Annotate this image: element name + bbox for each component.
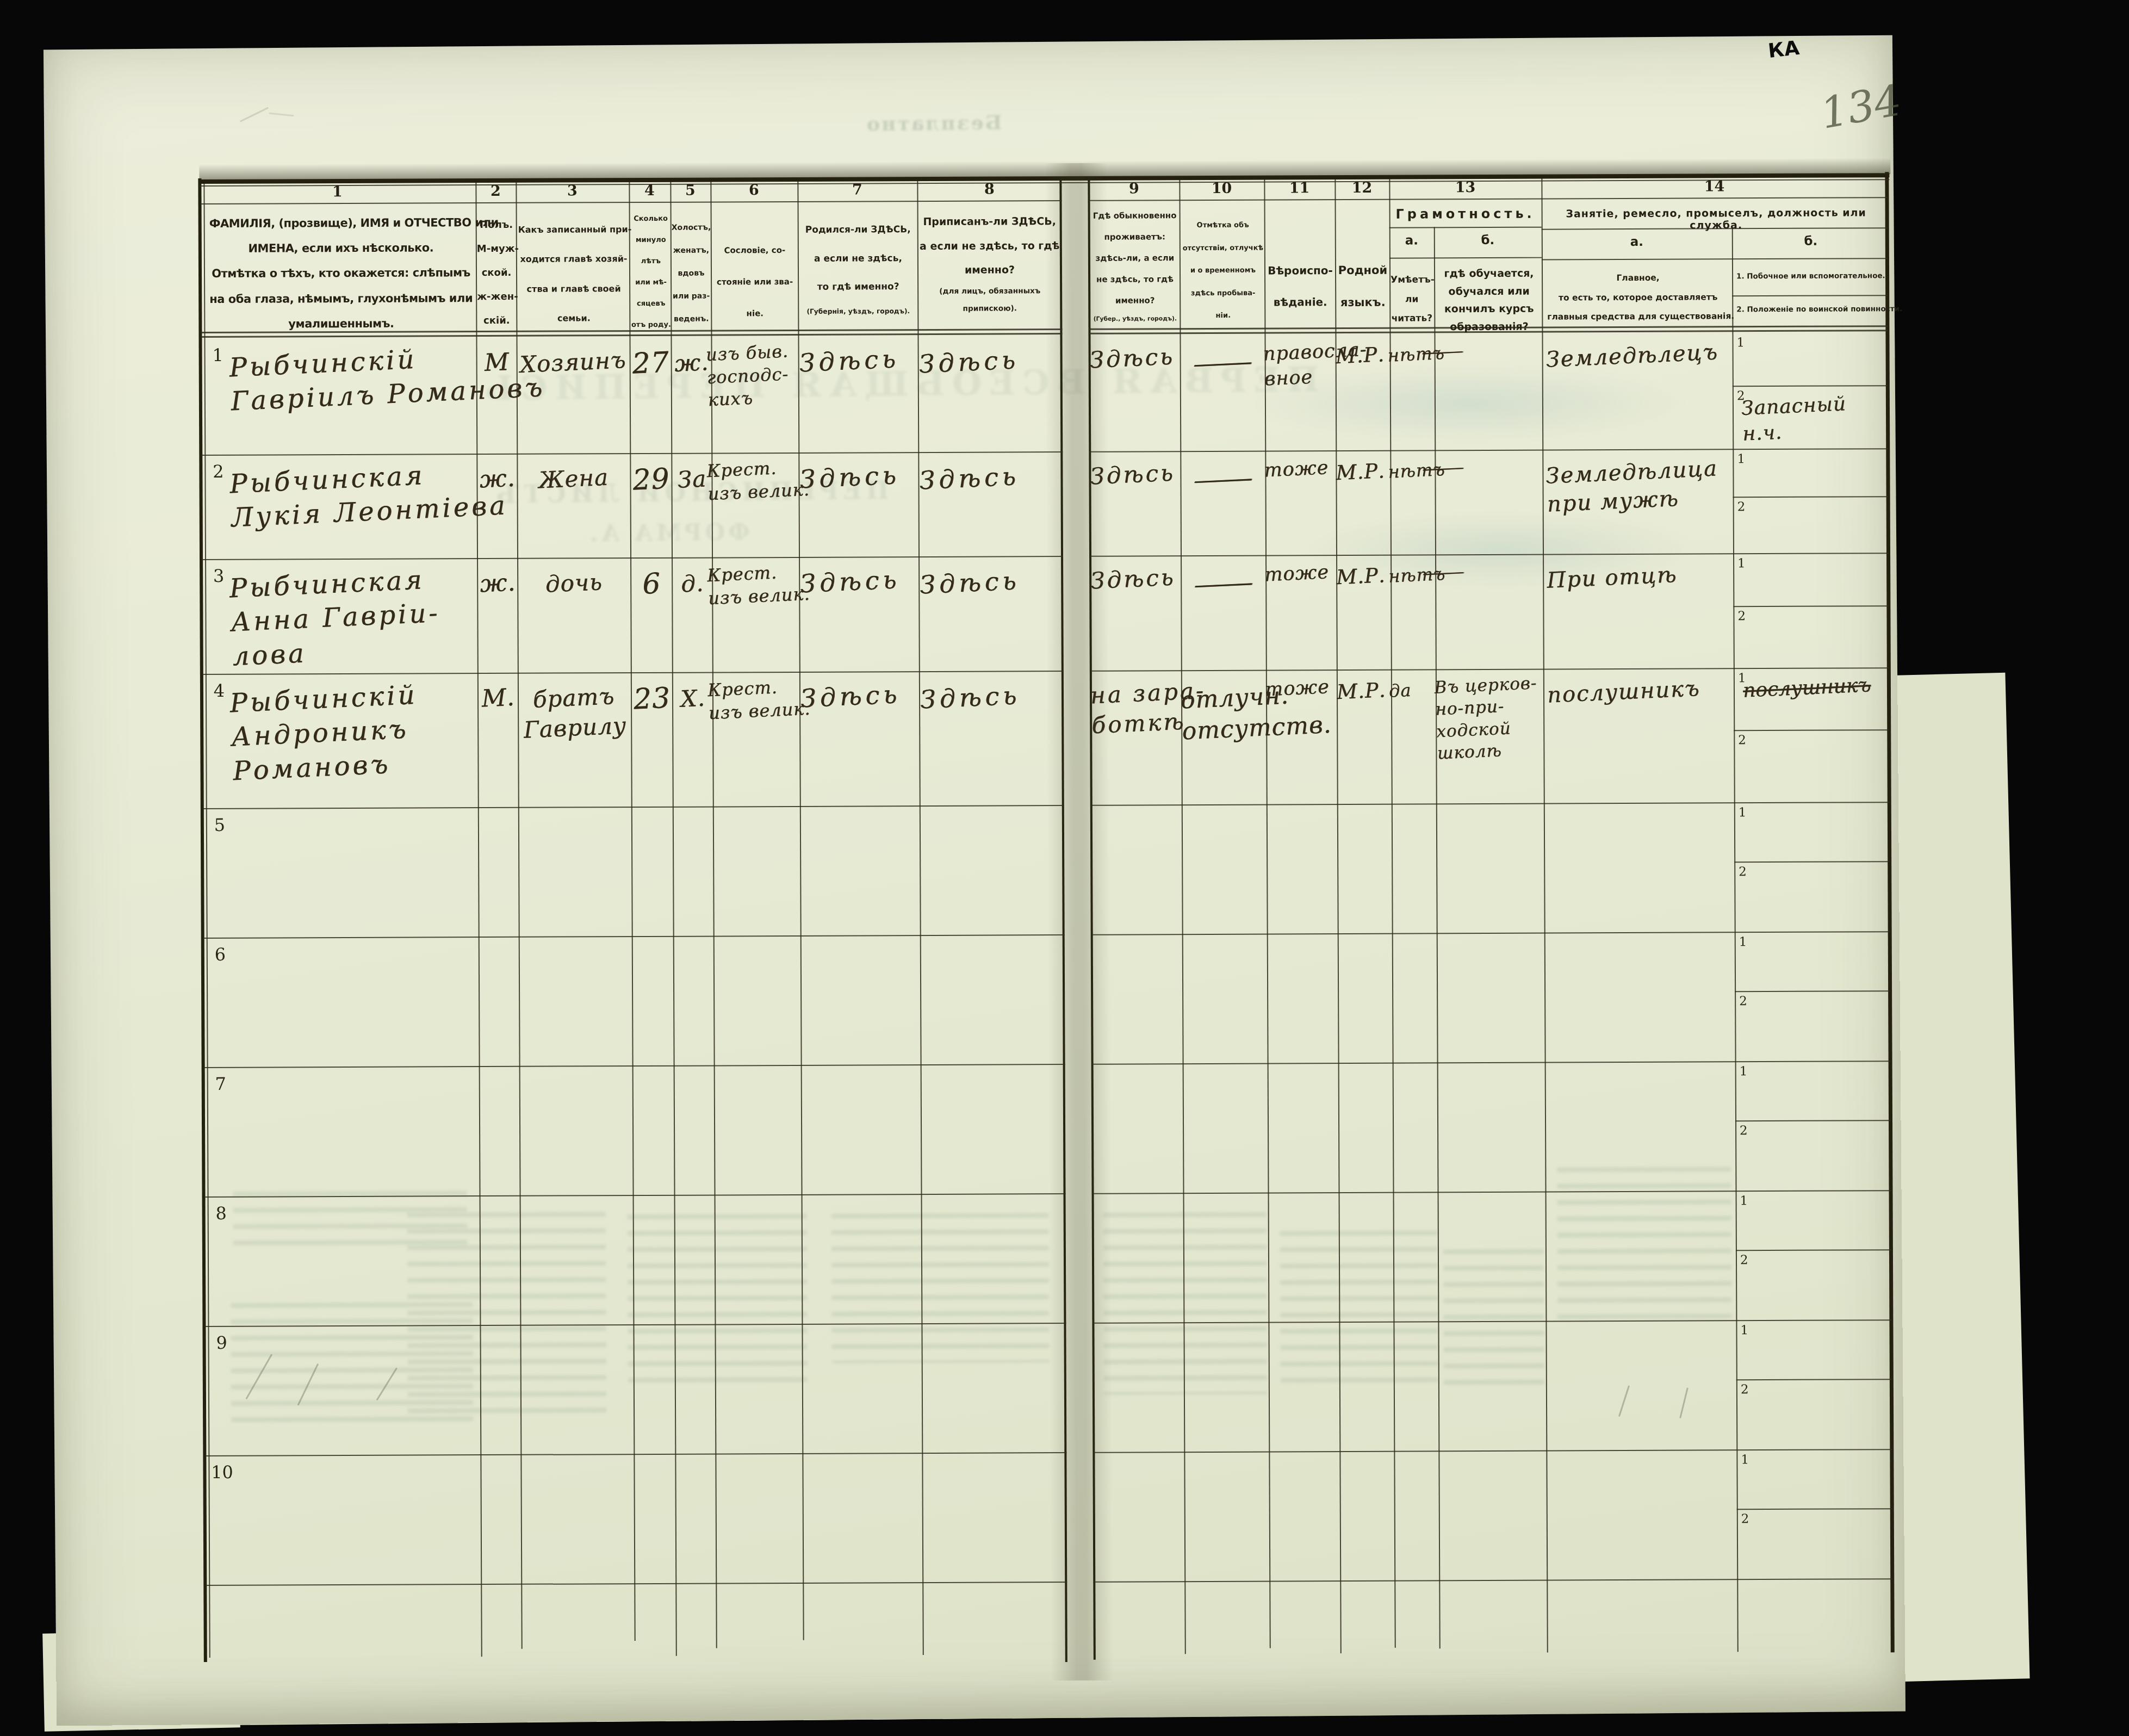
- subcell-label-1: 1: [1741, 1453, 1749, 1467]
- pencil-stroke: [240, 107, 269, 122]
- row-1-relation: Хозяинъ: [515, 345, 631, 380]
- literacy-title: Грамотность.: [1389, 206, 1542, 222]
- row-1-military-status: Запасныйн.ч.: [1741, 390, 1890, 448]
- grid-line-vertical: [198, 178, 207, 1662]
- header-col6: Сословіе, со-стояніе или зва-ніе.: [712, 235, 798, 330]
- subcell-label-2: 2: [1740, 1124, 1748, 1138]
- side-subcell-divider: [1736, 1379, 1892, 1380]
- pencil-stroke: [1679, 1387, 1689, 1418]
- literacy-underline: [1389, 227, 1542, 228]
- row-number-9: 9: [209, 1332, 234, 1353]
- subcell-label-2: 2: [1741, 1512, 1749, 1526]
- grid-line-horizontal: [1094, 1578, 1892, 1583]
- side-subcell-divider: [1735, 990, 1890, 992]
- occupation-title: Занятіе, ремесло, промыселъ, должность и…: [1545, 207, 1887, 232]
- grid-line-horizontal: [1093, 1190, 1891, 1194]
- column-number-7: 7: [797, 181, 917, 199]
- row-1-estate: изъ быв.господс-кихъ: [705, 339, 805, 412]
- row-1-occupation: Земледѣлецъ: [1545, 337, 1734, 374]
- subcell-label-1: 1: [1740, 1064, 1748, 1078]
- row-3-estate: Крест.изъ велик.: [706, 560, 805, 610]
- row-4-side-occupation: послушникъ: [1742, 672, 1890, 704]
- grid-line-horizontal: [202, 671, 1064, 675]
- subcell-label-2: 2: [1739, 865, 1747, 879]
- showthrough-stamp: Безплатно: [865, 111, 1002, 136]
- column-number-4: 4: [629, 182, 670, 199]
- showthrough-paragraph: [1280, 1230, 1438, 1394]
- row-2-language: М.Р.: [1335, 458, 1392, 487]
- row-2-born: Здѣсь: [799, 458, 918, 497]
- grid-line-horizontal: [1093, 1061, 1891, 1065]
- column-number-13: 13: [1389, 179, 1541, 196]
- row-4-absence: отлучн.отсутств.: [1180, 681, 1269, 747]
- showthrough-paragraph: [628, 1214, 808, 1394]
- row-4-reads: да: [1388, 678, 1439, 703]
- header-col11: Вѣроиспо-вѣданіе.: [1265, 255, 1335, 318]
- row-2-relation: Жена: [515, 462, 631, 497]
- row-4-age: 23: [630, 680, 674, 718]
- center-fold-shadow: [1045, 163, 1113, 1681]
- subcell-label-1: 1: [1737, 452, 1745, 466]
- column-number-1: 1: [199, 183, 475, 201]
- row-2-religion: тоже: [1263, 455, 1342, 483]
- showthrough-paragraph: [831, 1213, 1050, 1363]
- subcell-label-1: 1: [1740, 1194, 1748, 1208]
- row-4-occupation: послушникъ: [1547, 673, 1735, 710]
- corner-print-mark: КА: [1767, 37, 1800, 63]
- grid-line-horizontal: [1090, 448, 1888, 452]
- row-number-5: 5: [207, 815, 232, 835]
- grid-line-horizontal: [1091, 802, 1890, 806]
- subcell-label-1: 1: [1739, 805, 1747, 820]
- row-2-sex: ж.: [477, 462, 518, 495]
- column-number-12: 12: [1334, 179, 1389, 196]
- header-col7: Родился-ли ЗДѢСЬ,а если не здѣсь,то гдѣ …: [800, 215, 917, 323]
- subcell-label-2: 2: [1741, 1382, 1749, 1397]
- grid-line-horizontal: [1094, 1449, 1892, 1453]
- occupation-side-item2: 2. Положеніе по воинской повинности.: [1736, 305, 1888, 314]
- table-rows: 112РыбчинскійГавріилъ РомановъМХозяинъ27…: [0, 0, 2126, 4]
- grid-line-vertical: [1732, 228, 1739, 1652]
- row-4-school: Въ церков-но-при-ходскойшколѣ: [1434, 672, 1548, 764]
- row-number-10: 10: [209, 1462, 234, 1483]
- grid-line-horizontal: [203, 934, 1065, 939]
- row-1-school: —: [1434, 336, 1545, 363]
- side-subcell-divider: [1737, 1508, 1892, 1510]
- side-subcell-divider: [1736, 1249, 1891, 1251]
- scan-stage: Безплатно ПЕРВАЯ ВСЕОБЩАЯ ПЕРЕПИСЬ ПЕРЕП…: [0, 0, 2129, 1736]
- row-3-registered: Здѣсь: [919, 563, 1063, 602]
- subcell-label-2: 2: [1739, 994, 1747, 1008]
- row-4-estate: Крест.изъ велик.: [707, 675, 806, 724]
- side-subcell-divider: [1733, 496, 1889, 498]
- showthrough-paragraph: [407, 1212, 606, 1416]
- column-number-14: 14: [1541, 177, 1887, 195]
- grid-line-horizontal: [201, 451, 1063, 456]
- row-2-name: РыбчинскаяЛукія Леонтіева: [229, 456, 479, 535]
- grid-line-horizontal: [203, 805, 1064, 809]
- row-3-age: 6: [630, 565, 674, 604]
- row-3-name: РыбчинскаяАнна Гавріи-лова: [228, 561, 480, 674]
- subcell-label-1: 1: [1740, 1323, 1748, 1337]
- subcell-label-1: 1: [1736, 336, 1745, 350]
- row-4-religion: тоже: [1264, 674, 1343, 703]
- row-3-religion: тоже: [1264, 560, 1342, 588]
- grid-line-horizontal: [1091, 667, 1889, 672]
- row-4-name: РыбчинскійАндроникъРомановъ: [229, 675, 481, 789]
- occupation-b-divider: [1732, 295, 1888, 296]
- table-header: 1234567891011121314ФАМИЛІЯ, (прозвище), …: [0, 0, 2126, 4]
- row-2-school: —: [1435, 452, 1545, 479]
- column-number-3: 3: [516, 182, 629, 200]
- side-subcell-divider: [1734, 729, 1889, 731]
- showthrough-paragraph: [1443, 1249, 1544, 1388]
- grid-line-horizontal: [206, 1582, 1067, 1586]
- column-number-6: 6: [710, 182, 797, 199]
- column-number-2: 2: [475, 183, 516, 200]
- table-grid: [0, 0, 2126, 4]
- occupation-side-item1: 1. Побочное или вспомогательное.: [1736, 271, 1888, 281]
- pencil-stroke: [269, 113, 294, 117]
- row-2-absence: —: [1180, 462, 1267, 497]
- header-col8: Приписанъ-ли ЗДѢСЬ,а если не здѣсь, то г…: [918, 209, 1062, 318]
- row-2-registered: Здѣсь: [918, 458, 1062, 498]
- grid-line-horizontal: [202, 556, 1063, 560]
- row-4-sex: М.: [478, 681, 519, 714]
- header-col3: Какъ записанный при-ходится главѣ хозяй-…: [518, 215, 630, 333]
- showthrough-title3: ФОРМА А.: [587, 518, 750, 547]
- column-number-5: 5: [670, 182, 710, 199]
- grid-line-horizontal: [201, 200, 1062, 204]
- header-literacy-b: гдѣ обучается,обучался иликончилъ курсъо…: [1437, 265, 1541, 336]
- sheet-number-pencil: 134: [1817, 76, 1905, 139]
- row-2-estate: Крест.изъ велик.: [706, 456, 805, 505]
- column-number-8: 8: [917, 181, 1062, 198]
- side-subcell-divider: [1733, 385, 1888, 387]
- literacy-ab-underline: [1389, 257, 1542, 259]
- header-col2: Полъ.М-муж-ской.ж-жен-скій.: [477, 213, 517, 333]
- subcell-label-2: 2: [1737, 609, 1746, 623]
- literacy-a-label: а.: [1389, 233, 1434, 247]
- row-3-sex: ж.: [477, 567, 518, 599]
- pencil-stroke: [1618, 1385, 1630, 1417]
- row-1-born: Здѣсь: [798, 342, 917, 380]
- row-number-1: 1: [206, 345, 231, 365]
- row-number-6: 6: [208, 944, 233, 965]
- row-2-age: 29: [629, 461, 673, 499]
- row-1-language: М.Р.: [1335, 342, 1392, 370]
- occupation-b-label: б.: [1732, 234, 1890, 249]
- subcell-label-2: 2: [1740, 1253, 1748, 1267]
- occupation-a-label: а.: [1542, 234, 1732, 249]
- row-1-sex: М: [476, 346, 517, 379]
- row-4-registered: Здѣсь: [920, 678, 1063, 717]
- row-4-language: М.Р.: [1336, 677, 1393, 706]
- row-3-language: М.Р.: [1336, 562, 1392, 591]
- occupation-ab-underline: [1542, 258, 1888, 260]
- header-col10: Отмѣтка объотсутствіи, отлучкѣи о времен…: [1182, 214, 1265, 328]
- subcell-label-1: 1: [1739, 935, 1747, 949]
- side-subcell-divider: [1734, 861, 1890, 863]
- grid-line-horizontal: [1089, 197, 1888, 201]
- row-1-name: РыбчинскійГавріилъ Романовъ: [228, 340, 479, 419]
- row-number-4: 4: [207, 680, 232, 701]
- row-1-age: 27: [629, 344, 673, 383]
- row-number-8: 8: [209, 1203, 234, 1224]
- side-subcell-divider: [1735, 1120, 1891, 1121]
- row-number-2: 2: [206, 461, 231, 482]
- census-form: Безплатно ПЕРВАЯ ВСЕОБЩАЯ ПЕРЕПИСЬ ПЕРЕП…: [0, 0, 2129, 1736]
- row-number-7: 7: [208, 1074, 233, 1094]
- row-number-3: 3: [206, 566, 231, 586]
- row-3-absence: —: [1180, 566, 1267, 601]
- subcell-label-2: 2: [1738, 733, 1746, 747]
- row-1-religion: правосла-вное: [1263, 339, 1342, 392]
- header-col4: Сколькоминулолѣтъили мѣ-сяцевъотъ роду.: [630, 208, 672, 336]
- grid-line-horizontal: [204, 1064, 1065, 1068]
- showthrough-paragraph: [1103, 1212, 1267, 1395]
- row-3-relation: дочь: [516, 566, 632, 601]
- header-col1: ФАМИЛІЯ, (прозвище), ИМЯ и ОТЧЕСТВО илиИ…: [209, 210, 473, 337]
- literacy-b-label: б.: [1434, 233, 1542, 248]
- subcell-label-2: 2: [1737, 500, 1746, 514]
- row-3-born: Здѣсь: [799, 563, 918, 601]
- header-literacy-a: Умѣетъ-личитать?: [1391, 270, 1433, 328]
- row-1-registered: Здѣсь: [918, 342, 1062, 381]
- row-1-absence: —: [1179, 345, 1266, 380]
- side-subcell-divider: [1733, 605, 1889, 607]
- column-number-11: 11: [1264, 179, 1334, 196]
- header-col12: Роднойязыкъ.: [1336, 255, 1389, 319]
- header-occupation-a: Главное,то есть то, которое доставляетъг…: [1547, 268, 1729, 327]
- row-2-occupation: Земледѣлицапри мужѣ: [1545, 454, 1735, 519]
- header-col5: Холостъ,женатъ,вдовъили раз-веденъ.: [672, 216, 711, 330]
- column-number-10: 10: [1179, 180, 1264, 197]
- grid-line-horizontal: [1092, 931, 1890, 935]
- row-4-relation: братъГаврилу: [516, 681, 634, 746]
- subcell-label-1: 1: [1737, 556, 1746, 571]
- row-4-born: Здѣсь: [800, 678, 919, 716]
- grid-line-horizontal: [205, 1452, 1066, 1456]
